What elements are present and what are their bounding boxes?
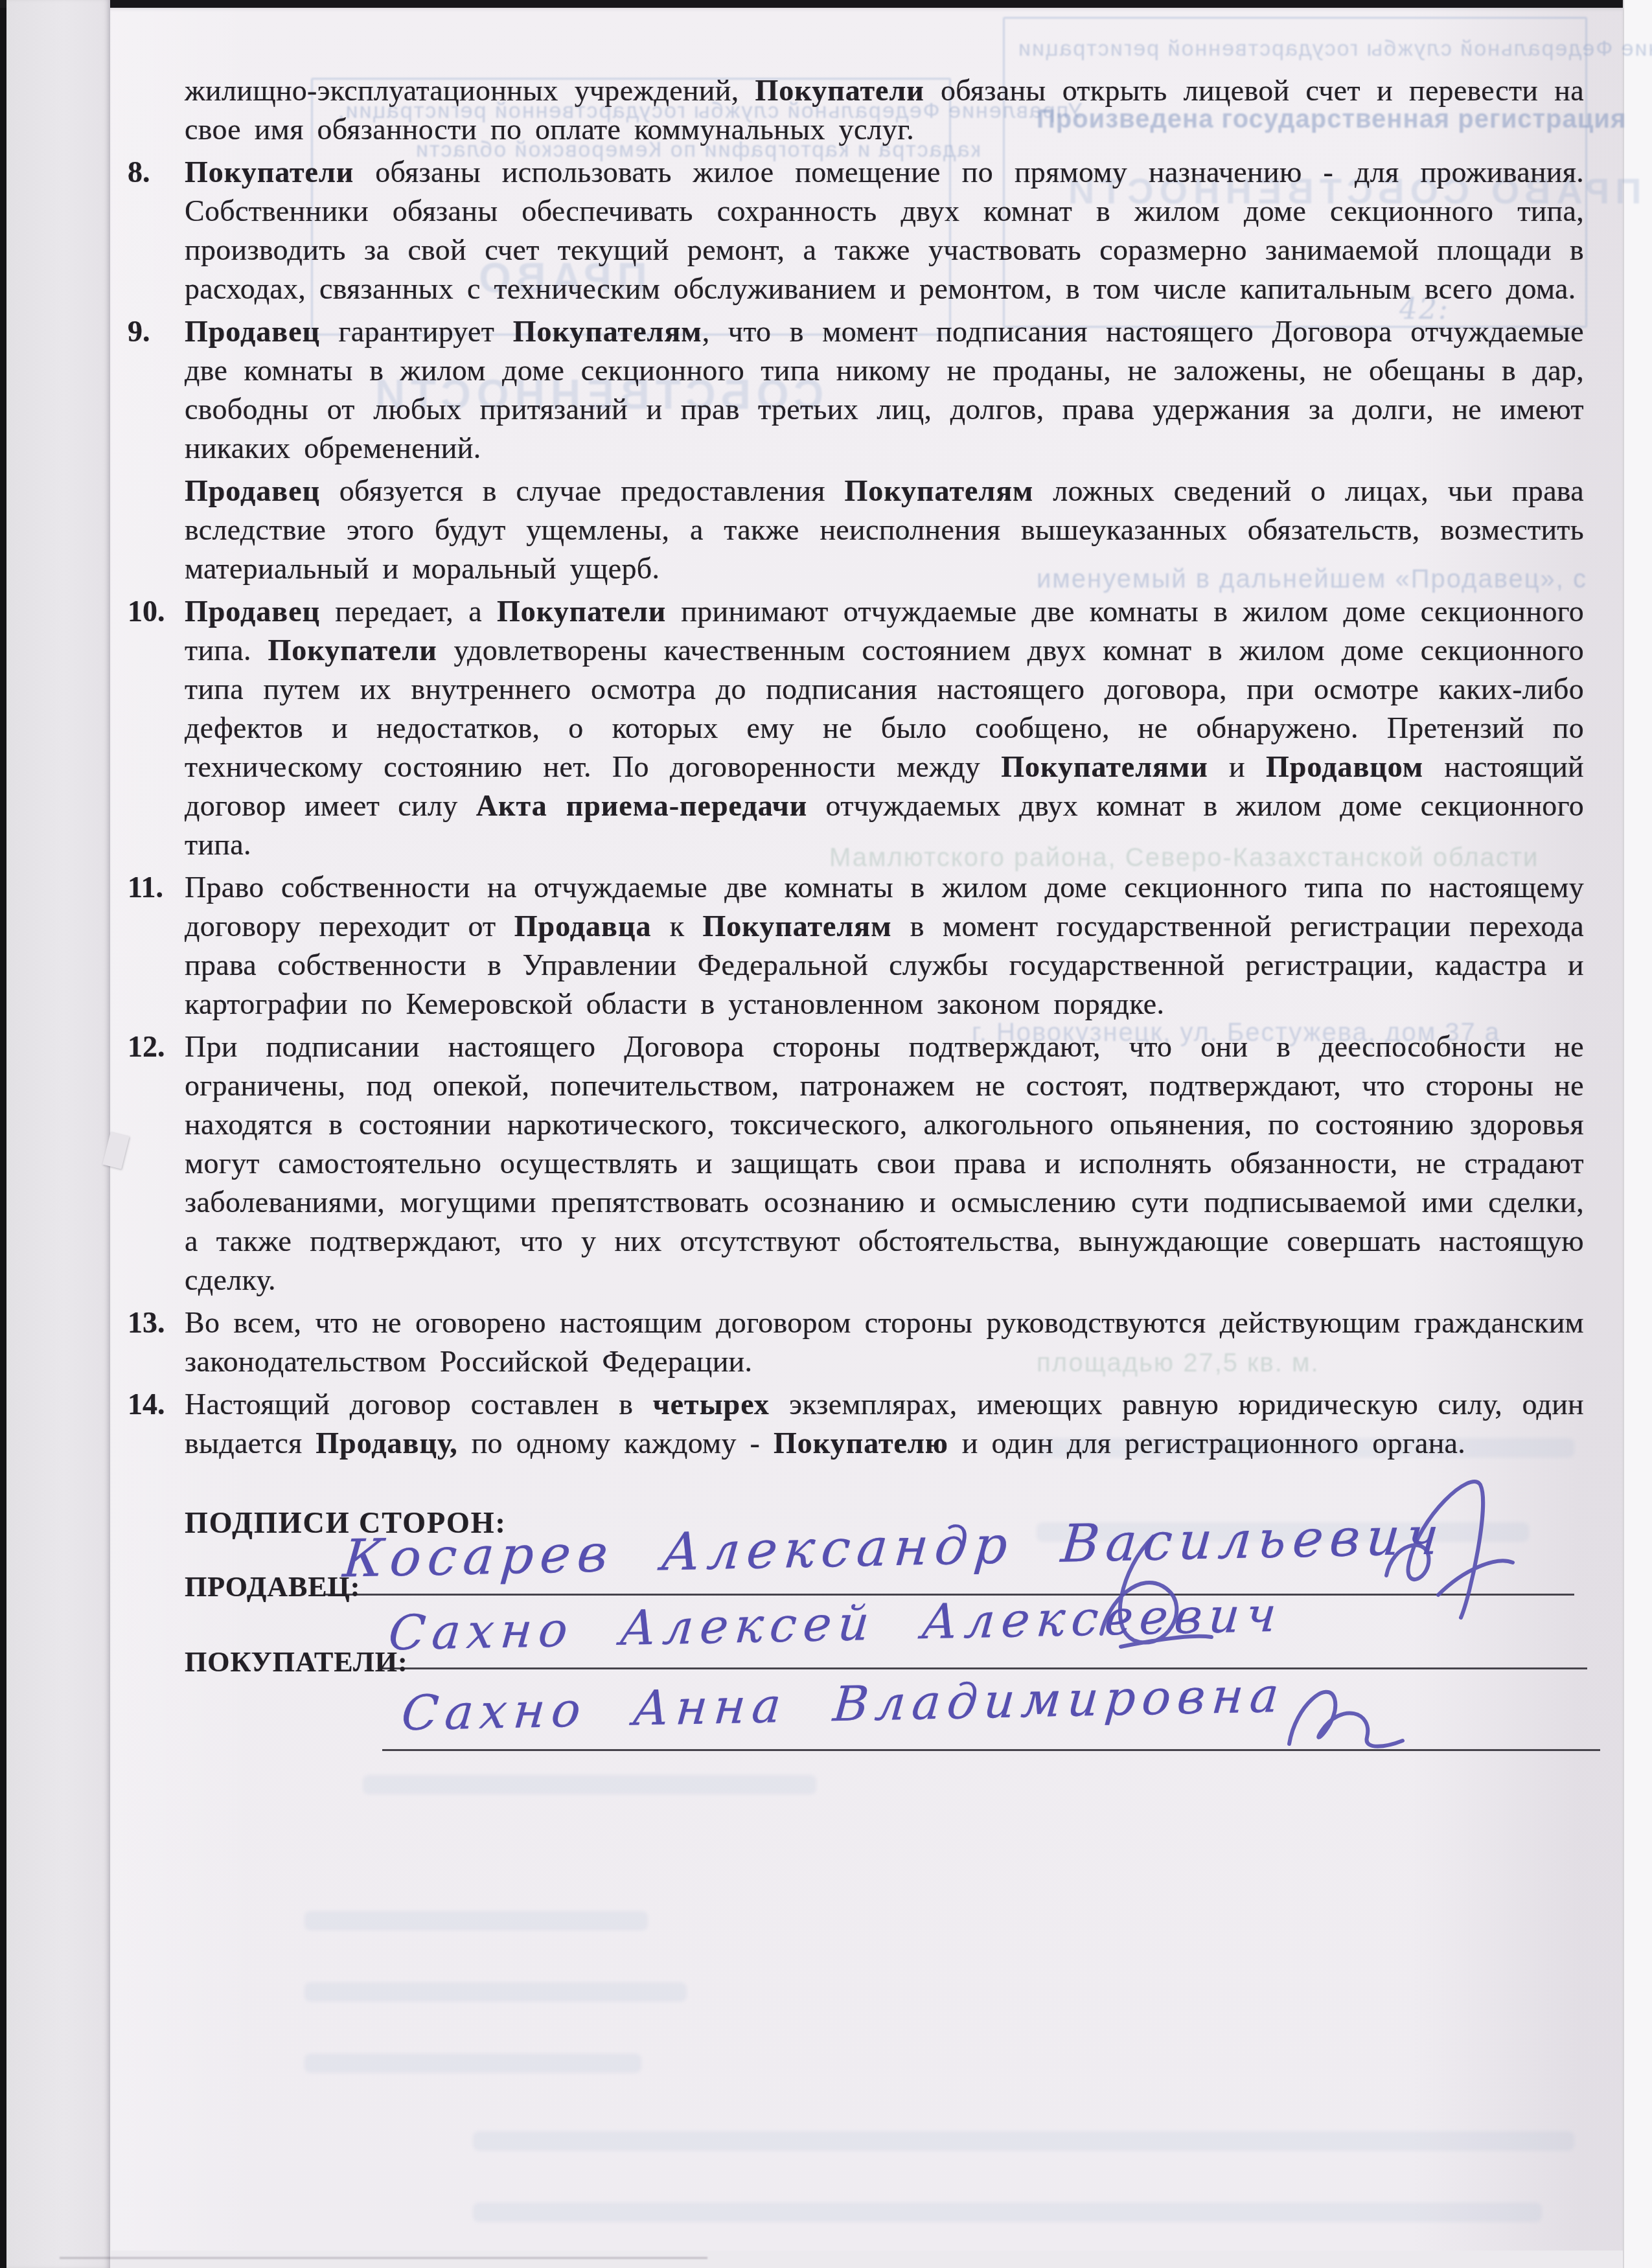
- buyer2-signature-handwriting: Сахно Анна Владимировна: [400, 1667, 1287, 1742]
- contract-text-block: жилищно-эксплуатационных учреждений, Пок…: [185, 71, 1584, 1467]
- item-number: 11.: [128, 868, 163, 907]
- contract-paragraph: 13. Во всем, что не оговорено настоящим …: [185, 1303, 1584, 1381]
- paragraph-text: Настоящий договор составлен в четырех эк…: [185, 1388, 1584, 1460]
- contract-paragraph: Продавец обязуется в случае предоставлен…: [185, 472, 1584, 588]
- page-bottom-edge-shadow: [60, 2257, 707, 2259]
- bleedthrough-smudge: [304, 2054, 641, 2073]
- paper-sheet: Управление Федеральной службы государств…: [110, 8, 1623, 2251]
- buyer2-signature-line: [382, 1749, 1600, 1751]
- item-number: 14.: [128, 1385, 165, 1424]
- seller-signature-handwriting: Косарев Александр Васильевич: [341, 1506, 1447, 1589]
- contract-paragraph: 11. Право собственности на отчуждаемые д…: [185, 868, 1584, 1024]
- paragraph-text: Продавец передает, а Покупатели принимаю…: [185, 595, 1584, 861]
- contract-paragraph: 9. Продавец гарантирует Покупателям, что…: [185, 312, 1584, 468]
- paragraph-text: Покупатели обязаны использовать жилое по…: [185, 155, 1584, 305]
- paragraph-text: Продавец гарантирует Покупателям, что в …: [185, 315, 1584, 464]
- paragraph-text: жилищно-эксплуатационных учреждений, Пок…: [185, 74, 1584, 146]
- contract-paragraph: 12. При подписании настоящего Договора с…: [185, 1027, 1584, 1300]
- contract-paragraph: жилищно-эксплуатационных учреждений, Пок…: [185, 71, 1584, 149]
- underlying-page-edge: [6, 0, 110, 2268]
- item-number: 10.: [128, 592, 165, 631]
- paragraph-text: При подписании настоящего Договора сторо…: [185, 1030, 1584, 1296]
- contract-paragraph: 14. Настоящий договор составлен в четыре…: [185, 1385, 1584, 1463]
- bleedthrough-text: Управление Федеральной службы государств…: [1017, 36, 1652, 62]
- bleedthrough-smudge: [363, 1775, 816, 1794]
- item-number: 9.: [128, 312, 150, 351]
- scanned-document-page: Управление Федеральной службы государств…: [0, 0, 1652, 2268]
- bleedthrough-smudge: [473, 2131, 1574, 2151]
- buyer1-signature-flourish: [1082, 1530, 1224, 1673]
- seller-signature-flourish: [1373, 1465, 1522, 1627]
- item-number: 8.: [128, 153, 150, 192]
- item-number: 13.: [128, 1303, 165, 1342]
- contract-paragraph: 10. Продавец передает, а Покупатели прин…: [185, 592, 1584, 864]
- item-number: 12.: [128, 1027, 165, 1066]
- contract-paragraph: 8. Покупатели обязаны использовать жилое…: [185, 153, 1584, 308]
- bleedthrough-smudge: [304, 1911, 648, 1930]
- page-right-margin: [1623, 0, 1652, 2268]
- paragraph-text: Во всем, что не оговорено настоящим дого…: [185, 1306, 1584, 1378]
- paragraph-text: Продавец обязуется в случае предоставлен…: [185, 474, 1584, 585]
- bleedthrough-smudge: [304, 1982, 687, 2002]
- seller-label: ПРОДАВЕЦ:: [185, 1570, 361, 1603]
- scanner-left-edge: [0, 0, 6, 2268]
- buyers-label: ПОКУПАТЕЛИ:: [185, 1645, 408, 1678]
- buyer2-signature-flourish: [1270, 1666, 1412, 1770]
- paragraph-text: Право собственности на отчуждаемые две к…: [185, 871, 1584, 1020]
- bleedthrough-smudge: [473, 2203, 1542, 2222]
